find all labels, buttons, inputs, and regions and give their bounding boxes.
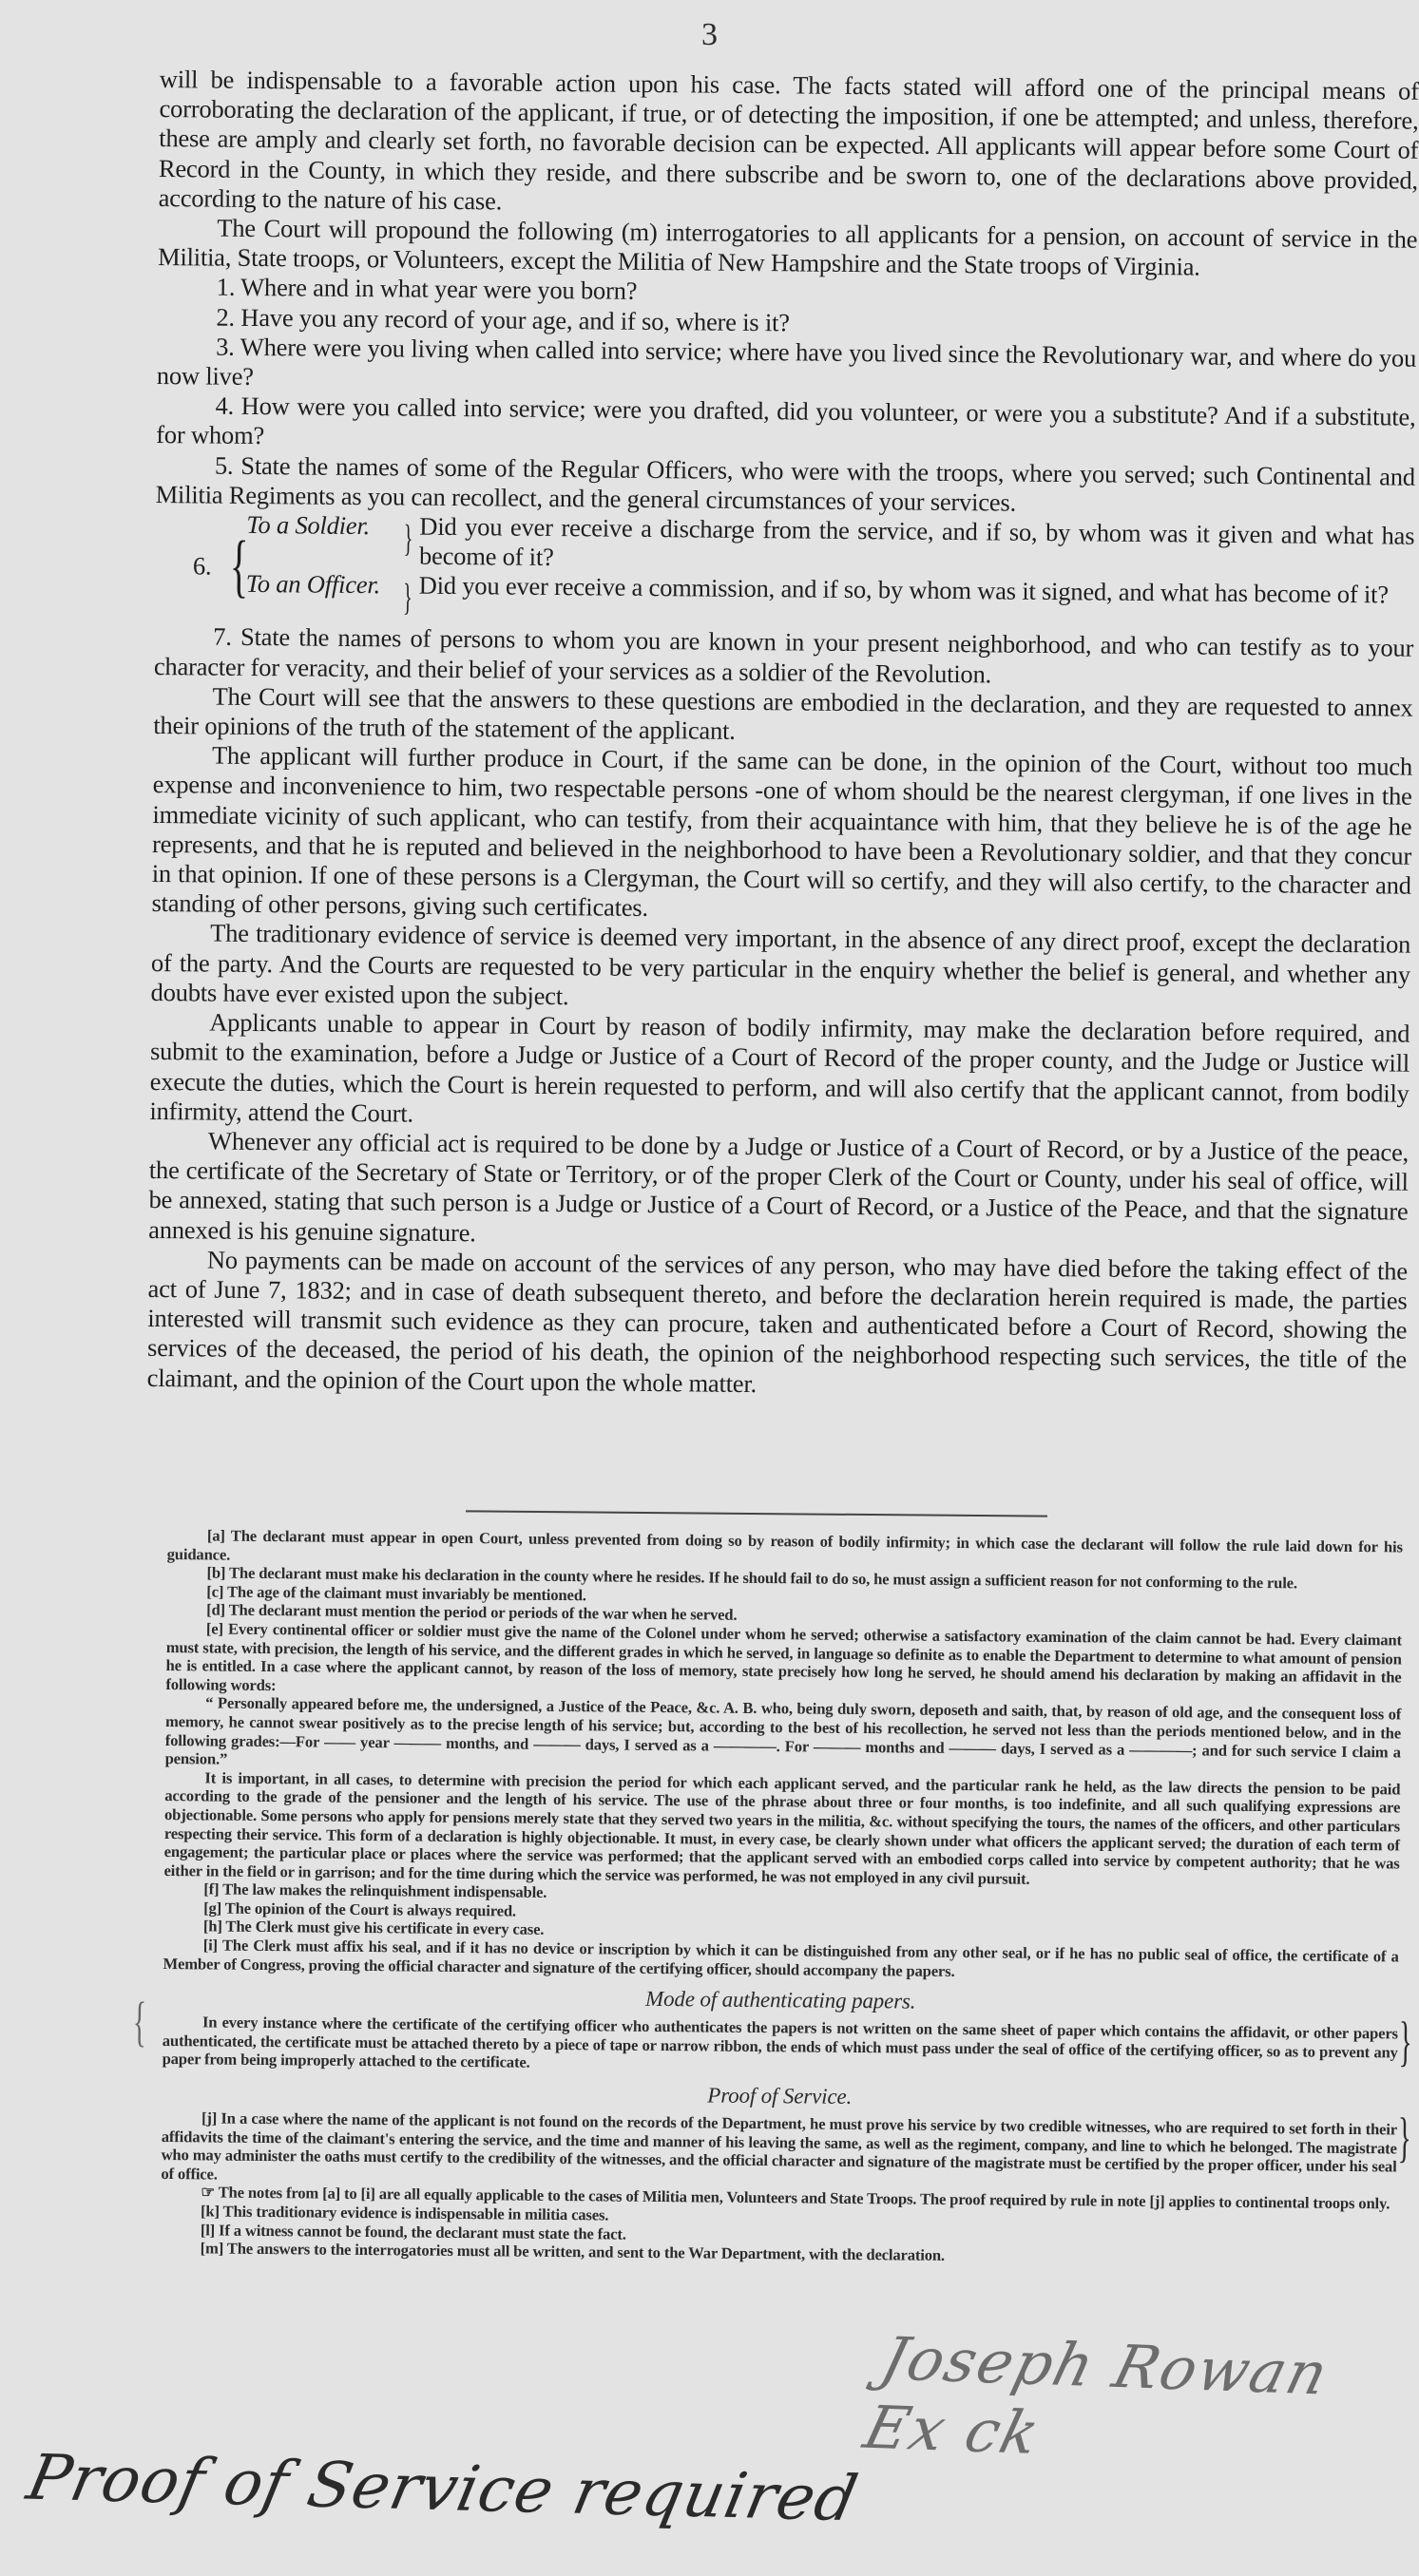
footnotes: [a] The declarant must appear in open Co… <box>161 1526 1403 2269</box>
authentication-text: In every instance where the certificate … <box>163 2013 1399 2080</box>
page-number: 3 <box>0 17 1419 53</box>
soldier-label: To a Soldier. <box>246 510 399 571</box>
soldier-question: Did you ever receive a discharge from th… <box>419 512 1415 581</box>
officer-question: Did you ever receive a commission, and i… <box>418 571 1413 634</box>
section-divider <box>466 1510 1047 1517</box>
proof-block: [j] In a case where the name of the appl… <box>161 2109 1397 2213</box>
brace-icon: } <box>403 571 414 624</box>
left-brace-icon: { <box>229 510 241 623</box>
authentication-block: { In every instance where the certificat… <box>163 2013 1399 2080</box>
handwritten-annotation: Proof of Service required <box>21 2441 864 2535</box>
paragraph-witnesses: The applicant will further produce in Co… <box>151 740 1412 930</box>
handwritten-signature: Joseph Rowan Ex ck <box>857 2324 1419 2481</box>
paragraph-official-acts: Whenever any official act is required to… <box>148 1126 1409 1257</box>
footnote-e: [e] Every continental officer or soldier… <box>165 1619 1402 1706</box>
main-instructions: will be indispensable to a favorable act… <box>147 65 1419 1404</box>
question-6: 6. { To a Soldier. } Did you ever receiv… <box>192 509 1414 634</box>
question-6-soldier: To a Soldier. } Did you ever receive a d… <box>246 510 1415 581</box>
right-brace-icon: } <box>1399 2032 1412 2051</box>
left-brace-icon: { <box>133 2013 146 2032</box>
officer-label: To an Officer. <box>245 569 398 624</box>
paragraph-traditionary-evidence: The traditionary evidence of service is … <box>150 918 1410 1019</box>
paragraph-intro: will be indispensable to a favorable act… <box>159 65 1419 225</box>
question-6-number: 6. <box>192 509 225 622</box>
paragraph-bodily-infirmity: Applicants unable to appear in Court by … <box>149 1007 1409 1138</box>
footnote-e-important: It is important, in all cases, to determ… <box>163 1768 1400 1892</box>
footnote-j: [j] In a case where the name of the appl… <box>161 2109 1397 2195</box>
paragraph-payments: No payments can be made on account of th… <box>147 1245 1408 1405</box>
brace-icon: } <box>403 512 414 572</box>
footnote-e-affidavit: “ Personally appeared before me, the und… <box>165 1693 1402 1780</box>
right-brace-icon: } <box>1398 2128 1411 2147</box>
